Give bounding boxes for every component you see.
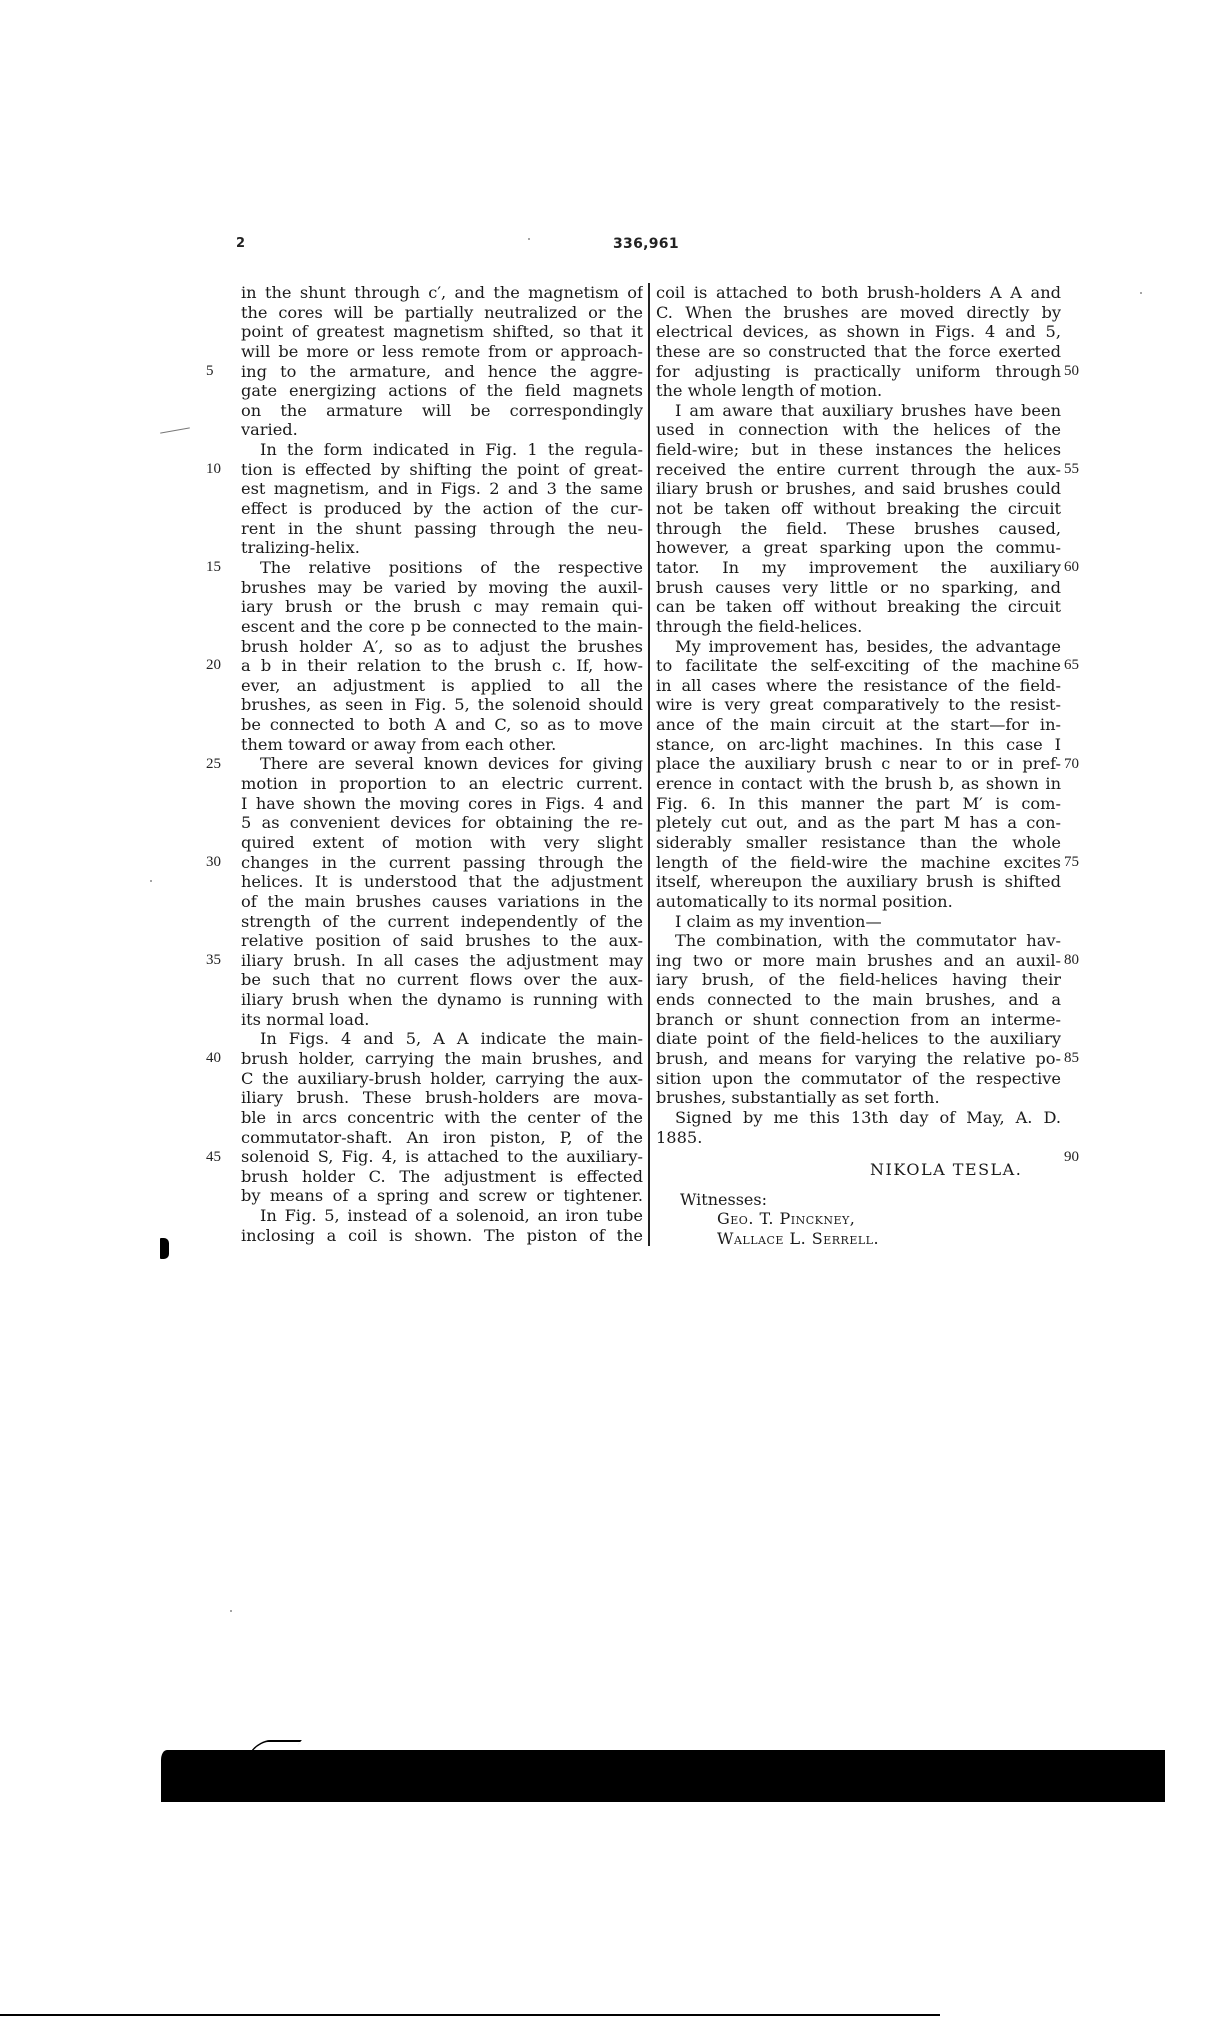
text-line: siderably smaller resistance than the wh…	[656, 833, 1061, 853]
text-line: diate point of the field-helices to the …	[656, 1029, 1061, 1049]
text-line: ing two or more main brushes and an auxi…	[656, 951, 1061, 971]
page-number: 2	[236, 236, 245, 251]
text-line: changes in the current passing through t…	[241, 853, 643, 873]
margin-line-number: 55	[1064, 460, 1094, 479]
margin-line-number: 30	[206, 853, 236, 872]
text-line: coil is attached to both brush-holders A…	[656, 283, 1061, 303]
text-line: 1885.	[656, 1128, 1061, 1148]
scan-artifact-dot	[150, 880, 152, 882]
text-line: brush holder C. The adjustment is effect…	[241, 1167, 643, 1187]
text-line: to facilitate the self-exciting of the m…	[656, 656, 1061, 676]
scan-artifact-mark	[160, 1238, 169, 1259]
text-line: be connected to both A and C, so as to m…	[241, 715, 643, 735]
text-line: brush holder, carrying the main brushes,…	[241, 1049, 643, 1069]
text-line: quired extent of motion with very slight	[241, 833, 643, 853]
margin-line-number: 25	[206, 755, 236, 774]
text-line: brushes, substantially as set forth.	[656, 1088, 1061, 1108]
text-line: the cores will be partially neutralized …	[241, 303, 643, 323]
text-line: In the form indicated in Fig. 1 the regu…	[241, 440, 643, 460]
scan-artifact-dot	[528, 238, 530, 240]
text-line: There are several known devices for givi…	[241, 754, 643, 774]
text-line: place the auxiliary brush c near to or i…	[656, 754, 1061, 774]
left-text-column: in the shunt through c′, and the magneti…	[241, 283, 643, 1245]
text-line: ance of the main circuit at the start—fo…	[656, 715, 1061, 735]
text-line: brushes, as seen in Fig. 5, the solenoid…	[241, 695, 643, 715]
text-line: relative position of said brushes to the…	[241, 931, 643, 951]
scan-artifact-stroke	[160, 427, 190, 433]
text-line: a b in their relation to the brush c. If…	[241, 656, 643, 676]
text-line: brush holder A′, so as to adjust the bru…	[241, 637, 643, 657]
text-line: commutator-shaft. An iron piston, P, of …	[241, 1128, 643, 1148]
text-line: however, a great sparking upon the commu…	[656, 538, 1061, 558]
text-line: its normal load.	[241, 1010, 643, 1030]
text-line: varied.	[241, 420, 643, 440]
text-line: escent and the core p be connected to th…	[241, 617, 643, 637]
column-divider	[648, 283, 650, 1246]
text-line: tator. In my improvement the auxiliary	[656, 558, 1061, 578]
inventor-signature: NIKOLA TESLA.	[870, 1160, 1022, 1179]
text-line: field-wire; but in these instances the h…	[656, 440, 1061, 460]
margin-line-number: 50	[1064, 362, 1094, 381]
text-line: Signed by me this 13th day of May, A. D.	[656, 1108, 1061, 1128]
text-line: iliary brush or brushes, and said brushe…	[656, 479, 1061, 499]
scan-artifact-dot	[1140, 292, 1142, 294]
text-line: tion is effected by shifting the point o…	[241, 460, 643, 480]
text-line: ble in arcs concentric with the center o…	[241, 1108, 643, 1128]
text-line: the whole length of motion.	[656, 381, 1061, 401]
text-line: solenoid S, Fig. 4, is attached to the a…	[241, 1147, 643, 1167]
text-line: pletely cut out, and as the part M has a…	[656, 813, 1061, 833]
text-line: My improvement has, besides, the advanta…	[656, 637, 1061, 657]
text-line: used in connection with the helices of t…	[656, 420, 1061, 440]
text-line: strength of the current independently of…	[241, 912, 643, 932]
text-line: on the armature will be correspondingly	[241, 401, 643, 421]
margin-line-number: 75	[1064, 853, 1094, 872]
patent-number: 336,961	[613, 236, 679, 252]
text-line: I have shown the moving cores in Figs. 4…	[241, 794, 643, 814]
text-line: est magnetism, and in Figs. 2 and 3 the …	[241, 479, 643, 499]
witness-name: Geo. T. Pinckney,	[717, 1209, 855, 1228]
text-line: brush, and means for varying the relativ…	[656, 1049, 1061, 1069]
text-line: in the shunt through c′, and the magneti…	[241, 283, 643, 303]
margin-line-number: 5	[206, 362, 236, 381]
text-line: received the entire current through the …	[656, 460, 1061, 480]
text-line: tralizing-helix.	[241, 538, 643, 558]
margin-line-number: 35	[206, 951, 236, 970]
text-line: will be more or less remote from or appr…	[241, 342, 643, 362]
text-line: The combination, with the commutator hav…	[656, 931, 1061, 951]
text-line: stance, on arc-light machines. In this c…	[656, 735, 1061, 755]
text-line: iliary brush. These brush-holders are mo…	[241, 1088, 643, 1108]
text-line: in all cases where the resistance of the…	[656, 676, 1061, 696]
text-line: through the field-helices.	[656, 617, 1061, 637]
text-line: point of greatest magnetism shifted, so …	[241, 322, 643, 342]
text-line: for adjusting is practically uniform thr…	[656, 362, 1061, 382]
text-line: inclosing a coil is shown. The piston of…	[241, 1226, 643, 1246]
text-line: Fig. 6. In this manner the part M′ is co…	[656, 794, 1061, 814]
scan-bottom-edge	[0, 2014, 940, 2016]
witnesses-label: Witnesses:	[680, 1190, 767, 1209]
text-line: can be taken off without breaking the ci…	[656, 597, 1061, 617]
text-line: C. When the brushes are moved directly b…	[656, 303, 1061, 323]
text-line: itself, whereupon the auxiliary brush is…	[656, 872, 1061, 892]
margin-line-number: 45	[206, 1148, 236, 1167]
text-line: C the auxiliary-brush holder, carrying t…	[241, 1069, 643, 1089]
text-line: iary brush, of the field-helices having …	[656, 970, 1061, 990]
text-line: brushes may be varied by moving the auxi…	[241, 578, 643, 598]
margin-line-number: 10	[206, 460, 236, 479]
text-line: In Figs. 4 and 5, A A indicate the main-	[241, 1029, 643, 1049]
scan-black-bar	[161, 1750, 1165, 1802]
text-line: iary brush or the brush c may remain qui…	[241, 597, 643, 617]
text-line: gate energizing actions of the field mag…	[241, 381, 643, 401]
text-line: ends connected to the main brushes, and …	[656, 990, 1061, 1010]
text-line: them toward or away from each other.	[241, 735, 643, 755]
text-line: 5 as convenient devices for obtaining th…	[241, 813, 643, 833]
text-line: I am aware that auxiliary brushes have b…	[656, 401, 1061, 421]
text-line: electrical devices, as shown in Figs. 4 …	[656, 322, 1061, 342]
margin-line-number: 85	[1064, 1049, 1094, 1068]
text-line: effect is produced by the action of the …	[241, 499, 643, 519]
text-line: helices. It is understood that the adjus…	[241, 872, 643, 892]
scan-artifact-dot	[230, 1610, 232, 1612]
text-line: these are so constructed that the force …	[656, 342, 1061, 362]
text-line: not be taken off without breaking the ci…	[656, 499, 1061, 519]
text-line: iliary brush when the dynamo is running …	[241, 990, 643, 1010]
text-line: ing to the armature, and hence the aggre…	[241, 362, 643, 382]
text-line: wire is very great comparatively to the …	[656, 695, 1061, 715]
text-line: In Fig. 5, instead of a solenoid, an iro…	[241, 1206, 643, 1226]
margin-line-number: 90	[1064, 1148, 1094, 1167]
text-line: length of the field-wire the machine exc…	[656, 853, 1061, 873]
margin-line-number: 65	[1064, 656, 1094, 675]
margin-line-number: 70	[1064, 755, 1094, 774]
text-line: motion in proportion to an electric curr…	[241, 774, 643, 794]
text-line: iliary brush. In all cases the adjustmen…	[241, 951, 643, 971]
margin-line-number: 60	[1064, 558, 1094, 577]
text-line: I claim as my invention—	[656, 912, 1061, 932]
text-line: of the main brushes causes variations in…	[241, 892, 643, 912]
text-line: ever, an adjustment is applied to all th…	[241, 676, 643, 696]
text-line: sition upon the commutator of the respec…	[656, 1069, 1061, 1089]
text-line: by means of a spring and screw or tighte…	[241, 1186, 643, 1206]
text-line: be such that no current flows over the a…	[241, 970, 643, 990]
text-line: The relative positions of the respective	[241, 558, 643, 578]
text-line: rent in the shunt passing through the ne…	[241, 519, 643, 539]
text-line: branch or shunt connection from an inter…	[656, 1010, 1061, 1030]
text-line: erence in contact with the brush b, as s…	[656, 774, 1061, 794]
text-line: automatically to its normal position.	[656, 892, 1061, 912]
text-line: brush causes very little or no sparking,…	[656, 578, 1061, 598]
margin-line-number: 15	[206, 558, 236, 577]
margin-line-number: 20	[206, 656, 236, 675]
margin-line-number: 40	[206, 1049, 236, 1068]
margin-line-number: 80	[1064, 951, 1094, 970]
right-text-column: coil is attached to both brush-holders A…	[656, 283, 1061, 1147]
witness-name: Wallace L. Serrell.	[717, 1229, 879, 1248]
text-line: through the field. These brushes caused,	[656, 519, 1061, 539]
